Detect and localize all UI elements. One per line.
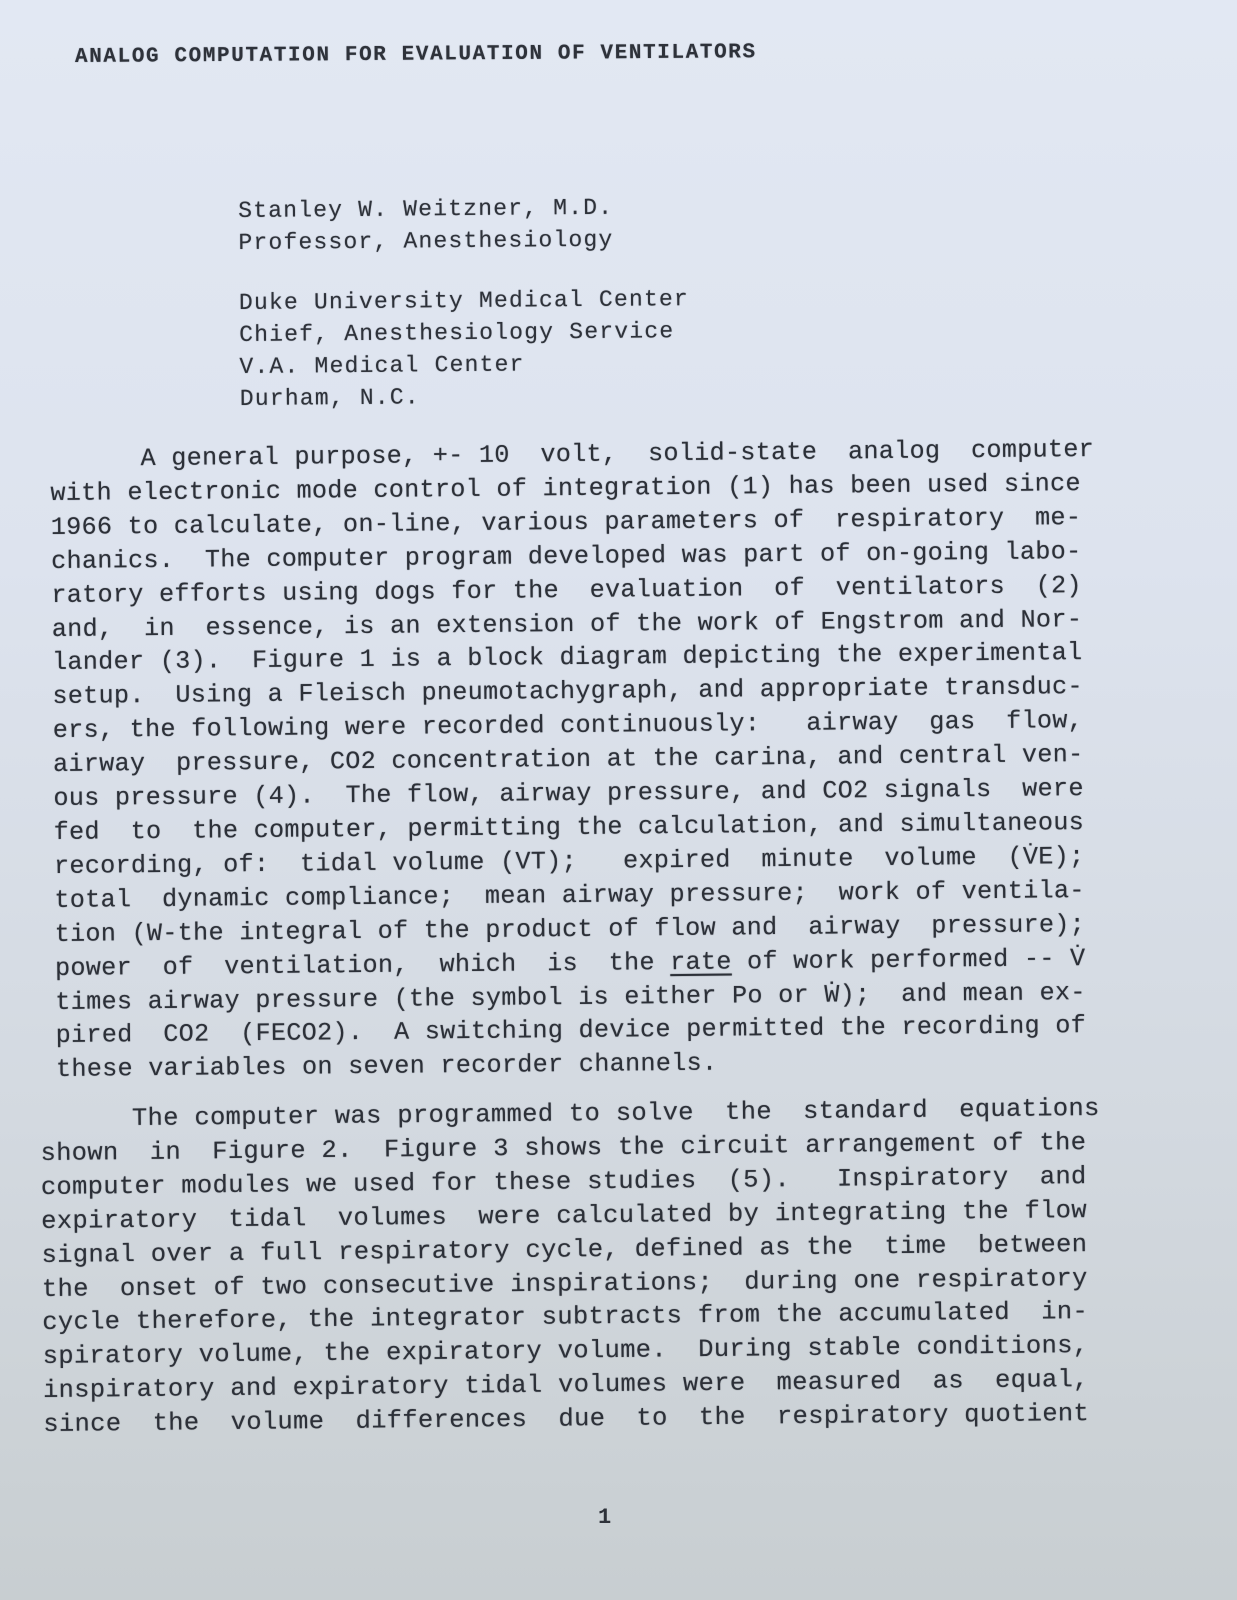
body-paragraph-1: A general purpose, +- 10 volt, solid-sta…	[50, 433, 1100, 1087]
author-name: Stanley W. Weitzner, M.D.	[238, 191, 688, 227]
text-segment: of work performed -- V̇	[732, 944, 1086, 976]
affiliation-line: V.A. Medical Center	[239, 347, 689, 383]
author-position: Professor, Anesthesiology	[238, 223, 688, 259]
spacer	[239, 255, 689, 287]
document-page: ANALOG COMPUTATION FOR EVALUATION OF VEN…	[0, 0, 1237, 1600]
text-segment: power of ventilation, which is the	[55, 948, 670, 983]
affiliation-line: Chief, Anesthesiology Service	[239, 315, 689, 351]
underlined-word: rate	[670, 947, 732, 977]
document-title: ANALOG COMPUTATION FOR EVALUATION OF VEN…	[75, 41, 757, 69]
author-block: Stanley W. Weitzner, M.D. Professor, Ane…	[238, 191, 690, 415]
affiliation-line: Durham, N.C.	[240, 379, 690, 415]
page-number: 1	[598, 1505, 611, 1530]
body-paragraph-2: The computer was programmed to solve the…	[40, 1092, 1103, 1442]
affiliation-line: Duke University Medical Center	[239, 283, 689, 319]
